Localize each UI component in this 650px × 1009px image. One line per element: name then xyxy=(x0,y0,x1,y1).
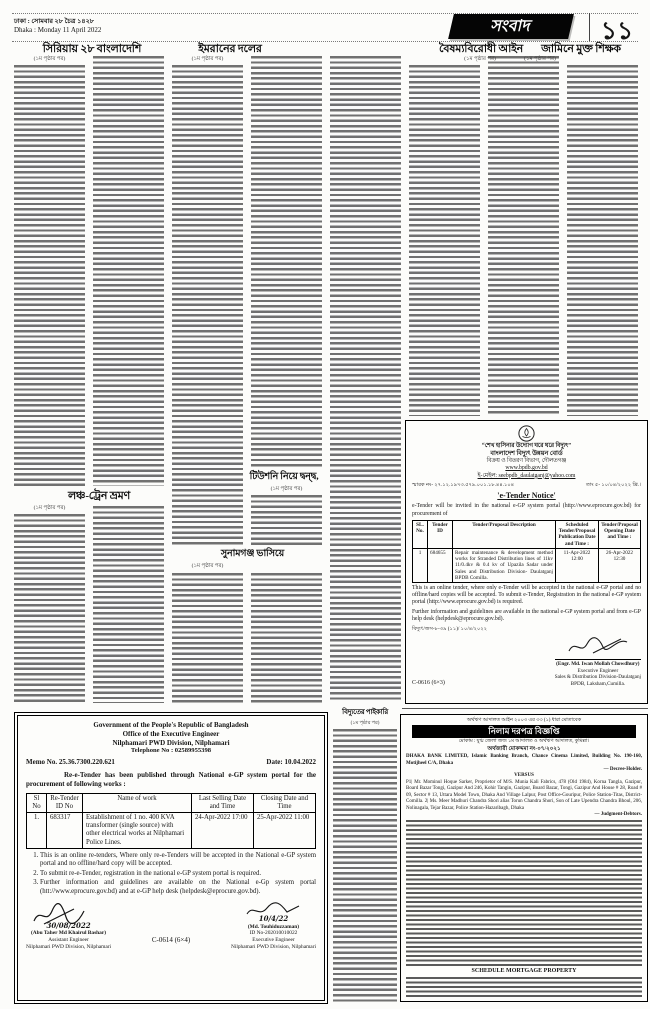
etender-table: SL. No. Tender ID Tender/Proposal Descri… xyxy=(412,520,641,583)
pwd-office-line: Office of the Executive Engineer xyxy=(26,730,316,739)
pwd-cell-slno: 1. xyxy=(27,813,47,849)
pwd-signer-right-name: (Md. Touhiduzzaman) xyxy=(231,924,316,931)
article-text-column xyxy=(251,495,322,546)
pwd-division-line: Nilphamari PWD Division, Nilphamari xyxy=(26,739,316,748)
etender-col-header: SL. No. xyxy=(413,520,428,548)
etender-note2: Further information and guidelines are a… xyxy=(412,609,641,623)
etender-intro: e-Tender will be invited in the national… xyxy=(412,503,641,517)
pwd-phone-line: Telephone No : 02589955398 xyxy=(26,747,316,755)
pwd-col-header: Closing Date and Time xyxy=(254,793,316,812)
continued-marker: (১ম পৃষ্ঠার পর) xyxy=(251,486,322,494)
article-text-column xyxy=(330,56,401,702)
pwd-signer-left-org: Nilphamari PWD Division, Nilphamari xyxy=(26,944,111,951)
headline-teacher-bail: জামিনে মুক্ত শিক্ষক xyxy=(524,43,638,55)
pwd-note-item: Further information and guidelines are a… xyxy=(40,879,316,896)
headline-imran: ইমরানের দলের xyxy=(170,43,290,55)
auction-body-text xyxy=(406,820,642,966)
auction-court-line: মোকাম : যুগ্ম জেলা জজ ১ম আদালত ও অর্থঋণ … xyxy=(406,739,642,745)
etender-col-header: Tender ID xyxy=(428,520,453,548)
pwd-signature-left: 30/08/2022 (Abu Taher Md Khairul Bashar)… xyxy=(26,903,111,951)
pwd-intro: Re-e-Tender has been published through N… xyxy=(26,771,316,789)
article-text-column xyxy=(251,573,322,703)
etender-website-link: www.bpdb.gov.bd xyxy=(412,465,641,472)
etender-cell-slno: 1 xyxy=(413,548,428,582)
etender-memo-no: স্মারক নং- ২৭.১২.১৯৭৩.৫৭৯.০০১.১৮.৪৪.১০৪ xyxy=(412,482,514,489)
pwd-cell-retender-id: 683317 xyxy=(47,813,83,849)
dateline-english: Dhaka : Monday 11 April 2022 xyxy=(14,26,101,34)
etender-cell-description: Repair maintenance & development method … xyxy=(453,548,556,582)
auction-act-line: অর্থঋণ আদালত আইন ২০০৩ এর ৩৩ (১) ধারা মোত… xyxy=(406,718,642,724)
pwd-table-row: 1. 683317 Establishment of 1 no. 400 KVA… xyxy=(27,813,316,849)
government-emblem-icon xyxy=(518,425,535,442)
etender-cell-opening: 26-Apr-2022 12:30 xyxy=(599,548,641,582)
headline-tuition: টিউশনি নিয়ে দ্বন্দ্ব, xyxy=(243,472,325,482)
pwd-col-header: Last Selling Date and Time xyxy=(192,793,254,812)
headline-power-wholesale: বিদ্যুতের পাইকারি xyxy=(333,709,397,717)
article-text-column xyxy=(14,65,85,486)
continued-marker: (১ম পৃষ্ঠার পর) xyxy=(14,505,85,513)
headline-sunamganj: সুনামগঞ্জ ভাসিয়ে xyxy=(185,549,320,559)
pwd-note-item: This is an online re-tenders, Where only… xyxy=(40,852,316,869)
newspaper-page: ঢাকা : সোমবার ২৮ চৈত্র ১৪২৮ Dhaka : Mond… xyxy=(0,0,650,1009)
article-text-column xyxy=(172,573,243,703)
pwd-signer-right-org: Nilphamari PWD Division, Nilphamari xyxy=(231,944,316,951)
auction-case-no: অর্থজারী মোকদ্দমা নং-০৭/২০২১ xyxy=(406,746,642,753)
etender-col-header: Tender/Proposal Opening Date and Time : xyxy=(599,520,641,548)
etender-notice-box: “শেখ হাসিনার উদ্যোগ ঘরে ঘরে বিদ্যুৎ” বাং… xyxy=(405,420,648,704)
etender-signature-block: (Engr. Md. Iwan Mollah Chowdhury) Execut… xyxy=(555,635,641,688)
masthead-title: সংবাদ xyxy=(448,14,574,38)
header-bottom-rule xyxy=(12,41,638,42)
pwd-notes-list: This is an online re-tenders, Where only… xyxy=(40,852,316,896)
pwd-signer-left-title: Assistant Engineer xyxy=(26,937,111,944)
etender-date: তাং ৫- ১০/০৪/২০২২ খ্রি.। xyxy=(586,482,641,489)
etender-col-header: Tender/Proposal Description xyxy=(453,520,556,548)
pwd-note-item: To submit re-e-Tender, registration in t… xyxy=(40,870,316,878)
etender-signer-name: (Engr. Md. Iwan Mollah Chowdhury) xyxy=(555,659,641,668)
article-text-column xyxy=(333,729,397,1002)
continued-marker: (১ম পৃষ্ঠার পর) xyxy=(333,720,397,728)
pwd-cell-closing: 25-Apr-2022 11:00 xyxy=(254,813,316,849)
article-text-column xyxy=(172,65,243,546)
etender-signer-division: Sales & Distribution Division-Daulatganj xyxy=(555,674,641,681)
continued-marker: (১ম পৃষ্ঠার পর) xyxy=(14,56,85,64)
article-text-column xyxy=(93,506,164,703)
etender-table-row: 1 684655 Repair maintenance & developmen… xyxy=(413,548,641,582)
auction-schedule-text xyxy=(406,977,642,999)
pwd-table: Sl No Re-Tender ID No Name of work Last … xyxy=(26,793,316,849)
etender-cell-publication: 11-Apr-2022 12:00 xyxy=(556,548,599,582)
etender-cno: C-0616 (6×3) xyxy=(412,680,445,688)
pwd-col-header: Sl No xyxy=(27,793,47,812)
article-text-column xyxy=(567,65,638,416)
auction-judgment-debtors: P1| Mr. Mominul Hoque Sarker, Proprietor… xyxy=(406,780,642,813)
pwd-signer-right-title: Executive Engineer xyxy=(231,937,316,944)
headline-syria: সিরিয়ায় ২৮ বাংলাদেশি xyxy=(14,43,170,55)
headline-launch-train: লঞ্চ-ট্রেন ভ্রমণ xyxy=(24,490,174,502)
pwd-cno: C-0614 (6×4) xyxy=(152,936,190,951)
pwd-cell-last-selling: 24-Apr-2022 17:00 xyxy=(192,813,254,849)
pwd-memo-no: Memo No. 25.36.7300.220.621 xyxy=(26,758,115,767)
article-text-column xyxy=(409,65,480,416)
article-text-column xyxy=(251,56,322,469)
pwd-signature-right: 10/4/22 (Md. Touhiduzzaman) ID No-202010… xyxy=(231,902,316,951)
auction-debtor-label: — Judgment-Debtors. xyxy=(406,812,642,818)
pwd-signer-right-id: ID No-202010010022 xyxy=(231,930,316,937)
article-text-column xyxy=(488,56,559,416)
signature-scrawl-icon xyxy=(563,635,633,657)
etender-email-link: ই-মেইল: seebpdb_daulatganj@yahoo.com xyxy=(412,473,641,480)
etender-col-header: Scheduled Tender/Proposal Publication Da… xyxy=(556,520,599,548)
pwd-gov-line: Government of the People's Republic of B… xyxy=(26,721,316,730)
etender-title: 'e-Tender Notice' xyxy=(412,491,641,501)
etender-note1: This is an online tender, where only e-T… xyxy=(412,585,641,607)
etender-cell-tender-id: 684655 xyxy=(428,548,453,582)
section-divider xyxy=(402,708,648,709)
pageno-divider xyxy=(589,13,590,41)
continued-marker: (১ম পৃষ্ঠার পর) xyxy=(172,56,243,64)
pwd-signer-left-name: (Abu Taher Md Khairul Bashar) xyxy=(26,930,111,937)
auction-notice-box: অর্থঋণ আদালত আইন ২০০৩ এর ৩৩ (১) ধারা মোত… xyxy=(400,714,648,1002)
auction-decree-holder: DHAKA BANK LIMITED, Islamic Banking Bran… xyxy=(406,754,642,767)
pwd-col-header: Re-Tender ID No xyxy=(47,793,83,812)
auction-banner-title: নিলাম দরপত্র বিজ্ঞপ্তি xyxy=(412,725,636,738)
article-text-column xyxy=(93,56,164,486)
etender-signer-org: BPDB, Laksham,Cumilla. xyxy=(555,681,641,688)
etender-division: বিক্রয় ও বিতরণ বিভাগ, দৌলতগঞ্জ xyxy=(412,458,641,465)
pwd-date: Date: 10.04.2022 xyxy=(266,758,316,767)
continued-marker: (১ম পৃষ্ঠার পর) xyxy=(172,563,243,571)
article-text-column xyxy=(14,514,85,703)
pwd-col-header: Name of work xyxy=(83,793,192,812)
auction-schedule-heading: SCHEDULE MORTGAGE PROPERTY xyxy=(406,968,642,976)
pwd-retender-notice-box: Government of the People's Republic of B… xyxy=(14,712,328,1004)
etender-ref: বিদ্যুৎ/জস-৮-৩৯ (১১)/ ১০/৪/২০২২ xyxy=(412,626,641,633)
pwd-cell-work-name: Establishment of 1 no. 400 KVA transform… xyxy=(83,813,192,849)
masthead-logo: সংবাদ xyxy=(448,14,574,39)
